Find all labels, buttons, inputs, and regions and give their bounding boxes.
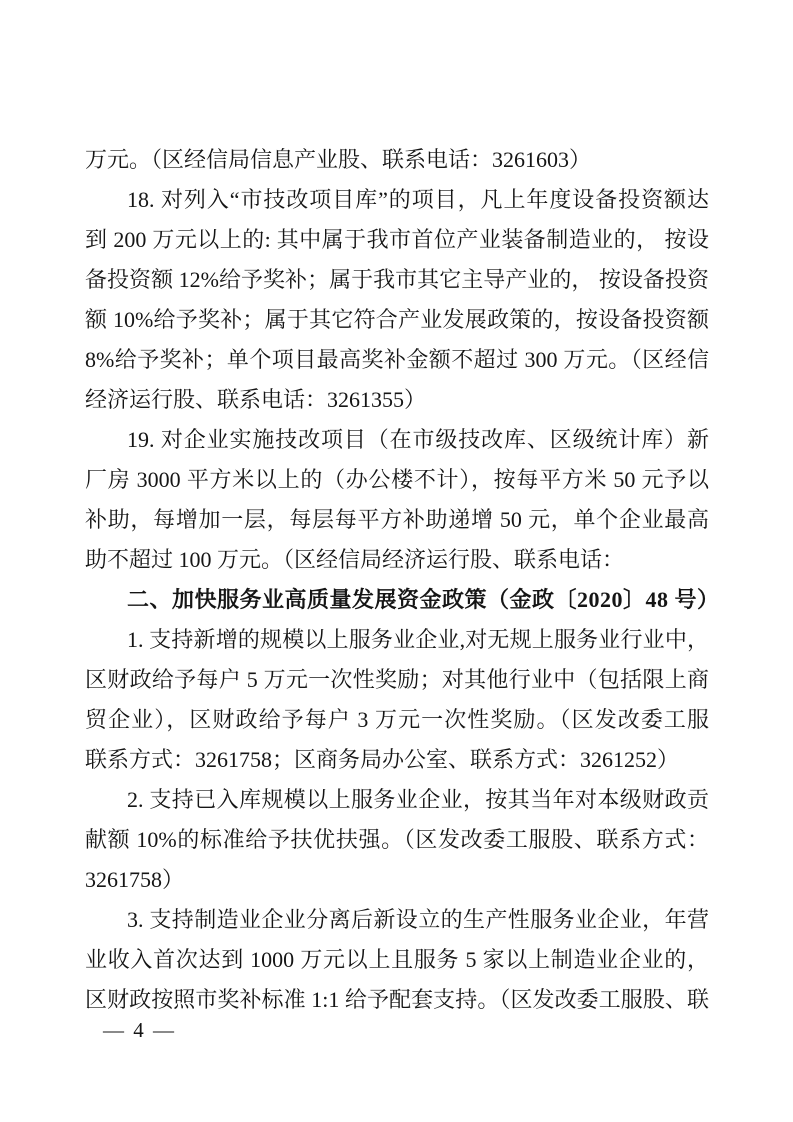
text-line: 3. 支持制造业企业分离后新设立的生产性服务业企业，年营 bbox=[85, 900, 709, 940]
page-number: — 4 — bbox=[103, 1013, 176, 1047]
text-line: 8%给予奖补；单个项目最高奖补金额不超过 300 万元。（区经信局 bbox=[85, 340, 709, 380]
text-line: 备投资额 12%给予奖补；属于我市其它主导产业的， 按设备投资 bbox=[85, 260, 709, 300]
text-line: 区财政给予每户 5 万元一次性奖励；对其他行业中（包括限上商 bbox=[85, 660, 709, 700]
text-line: 厂房 3000 平方米以上的（办公楼不计），按每平方米 50 元予以 bbox=[85, 460, 709, 500]
text-line: 业收入首次达到 1000 万元以上且服务 5 家以上制造业企业的， bbox=[85, 940, 709, 980]
text-line: 额 10%给予奖补；属于其它符合产业发展政策的，按设备投资额 bbox=[85, 300, 709, 340]
text-line: 助不超过 100 万元。（区经信局经济运行股、联系电话：3261355） bbox=[85, 540, 709, 580]
text-line: 18. 对列入“市技改项目库”的项目，凡上年度设备投资额达 bbox=[85, 180, 709, 220]
section-heading: 二、加快服务业高质量发展资金政策（金政〔2020〕48 号） bbox=[85, 580, 709, 620]
text-line: 3261758） bbox=[85, 860, 709, 900]
text-line: 区财政按照市奖补标准 1:1 给予配套支持。（区发改委工服股、联 bbox=[85, 980, 709, 1020]
text-line: 补助，每增加一层，每层每平方补助递增 50 元，单个企业最高补 bbox=[85, 500, 709, 540]
document-page: 万元。（区经信局信息产业股、联系电话：3261603）18. 对列入“市技改项目… bbox=[0, 0, 793, 1122]
text-line: 献额 10%的标准给予扶优扶强。（区发改委工服股、联系方式： bbox=[85, 820, 709, 860]
text-line: 2. 支持已入库规模以上服务业企业，按其当年对本级财政贡 bbox=[85, 780, 709, 820]
text-line: 万元。（区经信局信息产业股、联系电话：3261603） bbox=[85, 140, 709, 180]
text-line: 1. 支持新增的规模以上服务业企业,对无规上服务业行业中， bbox=[85, 620, 709, 660]
text-line: 到 200 万元以上的: 其中属于我市首位产业装备制造业的， 按设 bbox=[85, 220, 709, 260]
text-line: 贸企业），区财政给予每户 3 万元一次性奖励。（区发改委工服股、 bbox=[85, 700, 709, 740]
text-line: 经济运行股、联系电话：3261355） bbox=[85, 380, 709, 420]
document-body: 万元。（区经信局信息产业股、联系电话：3261603）18. 对列入“市技改项目… bbox=[85, 140, 709, 1020]
text-line: 联系方式：3261758；区商务局办公室、联系方式：3261252） bbox=[85, 740, 709, 780]
text-line: 19. 对企业实施技改项目（在市级技改库、区级统计库）新增 bbox=[85, 420, 709, 460]
